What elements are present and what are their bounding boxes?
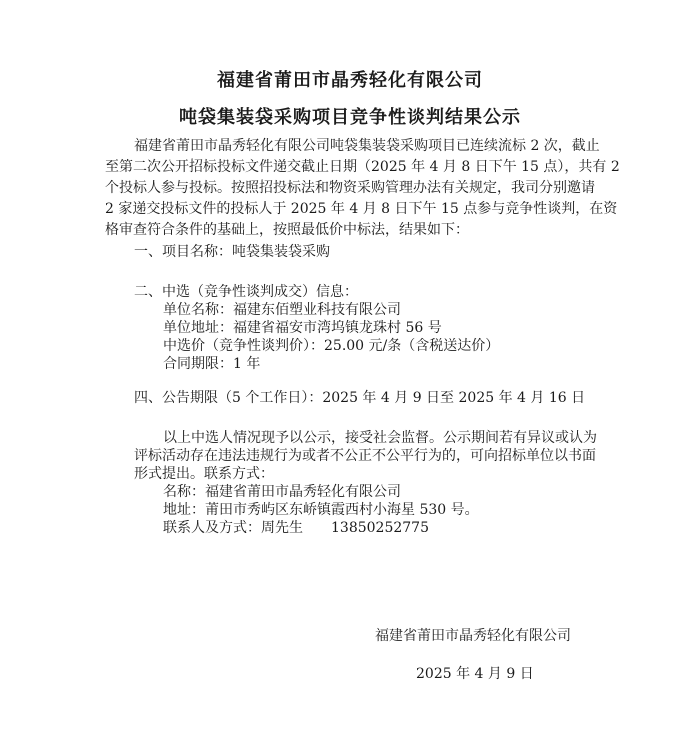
company-title: 福建省莆田市晶秀轻化有限公司 [0, 66, 700, 92]
intro-line: 格审查符合条件的基础上，按照最低价中标法，结果如下： [105, 220, 469, 241]
document-title: 吨袋集装袋采购项目竞争性谈判结果公示 [0, 103, 700, 129]
signature-date: 2025 年 4 月 9 日 [416, 664, 534, 685]
signature-company: 福建省莆田市晶秀轻化有限公司 [375, 626, 571, 647]
section-notice-period: 四、公告期限（5 个工作日）：2025 年 4 月 9 日至 2025 年 4 … [134, 388, 585, 409]
contact-person: 联系人及方式：周先生 13850252775 [163, 518, 429, 539]
intro-line: 至第二次公开招标投标文件递交截止日期（2025 年 4 月 8 日下午 15 点… [105, 157, 620, 178]
section-project-name: 一、项目名称：吨袋集装袋采购 [134, 242, 330, 263]
intro-line: 2 家递交投标文件的投标人于 2025 年 4 月 8 日下午 15 点参与竞争… [105, 199, 617, 220]
contract-term: 合同期限：1 年 [163, 354, 260, 375]
intro-line: 个投标人参与投标。按照招投标法和物资采购管理办法有关规定，我司分别邀请 [105, 178, 595, 199]
intro-line: 福建省莆田市晶秀轻化有限公司吨袋集装袋采购项目已连续流标 2 次，截止 [134, 136, 600, 157]
